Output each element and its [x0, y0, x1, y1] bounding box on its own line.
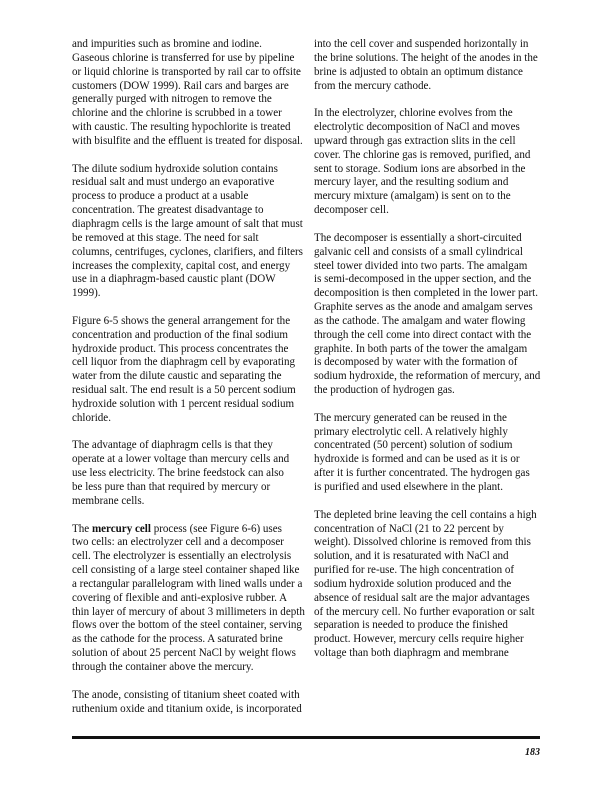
paragraph-line: the production of hydrogen gas.	[314, 384, 554, 398]
paragraph-line: residual salt and must undergo an evapor…	[72, 176, 308, 190]
paragraph-line: membrane cells.	[72, 495, 308, 509]
paragraph-line: generally purged with nitrogen to remove…	[72, 93, 308, 107]
paragraph-line: separation is needed to produce the fini…	[314, 619, 554, 633]
paragraph-line: be removed at this stage. The need for s…	[72, 232, 308, 246]
paragraph: The dilute sodium hydroxide solution con…	[72, 163, 308, 301]
paragraph-line: as the cathode. The amalgam and water fl…	[314, 315, 554, 329]
paragraph-line: The mercury generated can be reused in t…	[314, 412, 554, 426]
paragraph: and impurities such as bromine and iodin…	[72, 38, 308, 149]
paragraph-line: cell liquor from the diaphragm cell by e…	[72, 356, 308, 370]
paragraph-line: thin layer of mercury of about 3 millime…	[72, 606, 308, 620]
paragraph-line: decomposer cell.	[314, 204, 554, 218]
paragraph-line: decomposition is then completed in the l…	[314, 287, 554, 301]
paragraph-line: customers (DOW 1999). Rail cars and barg…	[72, 80, 308, 94]
paragraph-line: two cells: an electrolyzer cell and a de…	[72, 536, 308, 550]
paragraph-line: weight). Dissolved chlorine is removed f…	[314, 536, 554, 550]
paragraph-line: columns, centrifuges, cyclones, clarifie…	[72, 246, 308, 260]
paragraph-line: mercury mixture (amalgam) is sent on to …	[314, 190, 554, 204]
right-column: into the cell cover and suspended horizo…	[314, 38, 554, 675]
paragraph-line: The dilute sodium hydroxide solution con…	[72, 163, 308, 177]
paragraph: The depleted brine leaving the cell cont…	[314, 509, 554, 661]
paragraph-line: Figure 6-5 shows the general arrangement…	[72, 315, 308, 329]
paragraph: The anode, consisting of titanium sheet …	[72, 689, 308, 717]
paragraph-line: galvanic cell and consists of a small cy…	[314, 246, 554, 260]
paragraph-line: Gaseous chlorine is transferred for use …	[72, 52, 308, 66]
paragraph-line: into the cell cover and suspended horizo…	[314, 38, 554, 52]
paragraph-line: brine is adjusted to obtain an optimum d…	[314, 66, 554, 80]
paragraph-line: absence of residual salt are the major a…	[314, 592, 554, 606]
paragraph: In the electrolyzer, chlorine evolves fr…	[314, 107, 554, 218]
paragraph: The advantage of diaphragm cells is that…	[72, 439, 308, 508]
paragraph-line: solution, and it is resaturated with NaC…	[314, 550, 554, 564]
paragraph-line: 1999).	[72, 287, 308, 301]
paragraph-line: a rectangular parallelogram with lined w…	[72, 578, 308, 592]
paragraph-line: covering of flexible and anti-explosive …	[72, 592, 308, 606]
paragraph-line: concentrated (50 percent) solution of so…	[314, 439, 554, 453]
paragraph-line: process to produce a product at a usable	[72, 190, 308, 204]
paragraph-line: be less pure than that required by mercu…	[72, 481, 308, 495]
paragraph: into the cell cover and suspended horizo…	[314, 38, 554, 93]
paragraph-line: hydroxide solution with 1 percent residu…	[72, 398, 308, 412]
paragraph-line: is decomposed by water with the formatio…	[314, 356, 554, 370]
paragraph-line: The anode, consisting of titanium sheet …	[72, 689, 308, 703]
paragraph-line: residual salt. The end result is a 50 pe…	[72, 384, 308, 398]
paragraph-line: cell. The electrolyzer is essentially an…	[72, 550, 308, 564]
paragraph-line: The depleted brine leaving the cell cont…	[314, 509, 554, 523]
paragraph-line: sodium hydroxide solution produced and t…	[314, 578, 554, 592]
paragraph-line: sent to storage. Sodium ions are absorbe…	[314, 163, 554, 177]
paragraph-line: The decomposer is essentially a short-ci…	[314, 232, 554, 246]
paragraph-line: hydroxide product. This process concentr…	[72, 343, 308, 357]
paragraph-line: increases the complexity, capital cost, …	[72, 260, 308, 274]
paragraph-line: hydroxide is formed and can be used as i…	[314, 453, 554, 467]
paragraph-line: with bisulfite and the effluent is treat…	[72, 135, 308, 149]
paragraph-line: from the mercury cathode.	[314, 80, 554, 94]
paragraph-line: the brine solutions. The height of the a…	[314, 52, 554, 66]
paragraph-line: concentration of NaCl (21 to 22 percent …	[314, 523, 554, 537]
paragraph-line: with caustic. The resulting hypochlorite…	[72, 121, 308, 135]
paragraph-line: upward through gas extraction slits in t…	[314, 135, 554, 149]
paragraph-line: is semi-decomposed in the upper section,…	[314, 273, 554, 287]
paragraph-line: as the cathode for the process. A satura…	[72, 633, 308, 647]
paragraph-line: cell consisting of a large steel contain…	[72, 564, 308, 578]
paragraph-line: use less electricity. The brine feedstoc…	[72, 467, 308, 481]
paragraph-line: or liquid chlorine is transported by rai…	[72, 66, 308, 80]
paragraph-line: graphite. In both parts of the tower the…	[314, 343, 554, 357]
paragraph: The mercury generated can be reused in t…	[314, 412, 554, 495]
paragraph-line: electrolytic decomposition of NaCl and m…	[314, 121, 554, 135]
paragraph-line: chlorine and the chlorine is scrubbed in…	[72, 107, 308, 121]
paragraph-line: primary electrolytic cell. A relatively …	[314, 426, 554, 440]
paragraph-line: diaphragm cells is the large amount of s…	[72, 218, 308, 232]
paragraph-line: concentration and production of the fina…	[72, 329, 308, 343]
paragraph-line: steel tower divided into two parts. The …	[314, 260, 554, 274]
paragraph: The mercury cell process (see Figure 6-6…	[72, 523, 308, 675]
paragraph-line: mercury layer, and the resulting sodium …	[314, 176, 554, 190]
paragraph-line: cover. The chlorine gas is removed, puri…	[314, 149, 554, 163]
paragraph-line: chloride.	[72, 412, 308, 426]
bold-term: mercury cell	[92, 523, 151, 535]
paragraph-line: of the mercury cell. No further evaporat…	[314, 606, 554, 620]
paragraph-line: The mercury cell process (see Figure 6-6…	[72, 523, 308, 537]
paragraph-line: The advantage of diaphragm cells is that…	[72, 439, 308, 453]
paragraph-line: sodium hydroxide, the reformation of mer…	[314, 370, 554, 384]
paragraph-line: and impurities such as bromine and iodin…	[72, 38, 308, 52]
paragraph-line: solution of about 25 percent NaCl by wei…	[72, 647, 308, 661]
paragraph-line: through the cell come into direct contac…	[314, 329, 554, 343]
page-number: 183	[525, 747, 540, 758]
paragraph-line: flows over the bottom of the steel conta…	[72, 619, 308, 633]
paragraph: Figure 6-5 shows the general arrangement…	[72, 315, 308, 426]
paragraph-line: through the container above the mercury.	[72, 661, 308, 675]
paragraph-line: is purified and used elsewhere in the pl…	[314, 481, 554, 495]
footer-rule	[72, 736, 540, 739]
left-column: and impurities such as bromine and iodin…	[72, 38, 308, 730]
document-page: and impurities such as bromine and iodin…	[0, 0, 612, 792]
paragraph-line: use in a diaphragm-based caustic plant (…	[72, 273, 308, 287]
paragraph-line: operate at a lower voltage than mercury …	[72, 453, 308, 467]
paragraph-line: ruthenium oxide and titanium oxide, is i…	[72, 703, 308, 717]
paragraph-line: after it is further concentrated. The hy…	[314, 467, 554, 481]
paragraph-line: In the electrolyzer, chlorine evolves fr…	[314, 107, 554, 121]
paragraph-line: water from the dilute caustic and separa…	[72, 370, 308, 384]
paragraph-line: purified for re-use. The high concentrat…	[314, 564, 554, 578]
paragraph-line: concentration. The greatest disadvantage…	[72, 204, 308, 218]
paragraph-line: Graphite serves as the anode and amalgam…	[314, 301, 554, 315]
line-text: The	[72, 523, 92, 535]
paragraph-line: product. However, mercury cells require …	[314, 633, 554, 647]
line-text: process (see Figure 6-6) uses	[151, 523, 282, 535]
paragraph-line: voltage than both diaphragm and membrane	[314, 647, 554, 661]
paragraph: The decomposer is essentially a short-ci…	[314, 232, 554, 398]
